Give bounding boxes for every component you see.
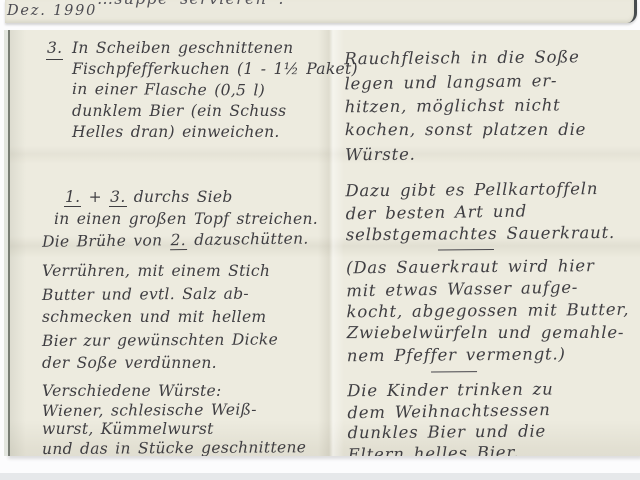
handwritten-line: schmecken und mit hellem: [42, 306, 338, 329]
plus-sign: +: [89, 188, 102, 206]
step-ref-2: 2.: [169, 231, 187, 250]
separator-dash: [431, 371, 477, 372]
handwritten-line: legen und langsam er-: [344, 68, 640, 97]
handwritten-line: Bier zur gewünschten Dicke: [42, 327, 338, 352]
handwritten-line: Rauchfleisch in die Soße: [344, 45, 640, 72]
handwritten-line: Die Brühe von 2. dazuschütten.: [42, 228, 338, 253]
date-label: Dez. 1990: [7, 3, 97, 19]
handwritten-line: Verschiedene Würste:: [42, 382, 338, 401]
line-head: Die Brühe von: [42, 231, 163, 250]
paragraph-smoked-meat: Rauchfleisch in die Soße legen und langs…: [344, 45, 640, 168]
paragraph-drinks: Die Kinder trinken zu dem Weihnachtsesse…: [347, 378, 640, 456]
handwritten-line: selbstgemachtes Sauerkraut.: [346, 222, 640, 247]
paragraph-sausages: Verschiedene Würste: Wiener, schlesische…: [42, 382, 338, 457]
handwritten-line: In Scheiben geschnittenen: [72, 38, 338, 59]
handwritten-line: Zwiebelwürfeln und gemahle-: [347, 322, 640, 344]
step-number-3: 3.: [46, 38, 63, 60]
handwritten-line: der Soße verdünnen.: [42, 352, 338, 375]
handwritten-line: Fischpfefferkuchen (1 - 1½ Paket): [72, 59, 338, 80]
handwritten-line: Butter und evtl. Salz ab-: [42, 281, 338, 306]
scanned-note-view: …suppe servieren . Dez. 1990 3. In Schei…: [0, 0, 640, 480]
scanner-bed-strip: [0, 473, 640, 480]
separator-dash: [438, 249, 494, 250]
line-tail: dazuschütten.: [194, 230, 309, 249]
handwritten-line: kochen, sonst platzen die: [345, 118, 640, 142]
handwritten-line: in einer Flasche (0,5 l): [72, 79, 338, 102]
handwritten-line: hitzen, möglichst nicht: [345, 93, 640, 120]
paragraph-sides: Dazu gibt es Pellkartoffeln der besten A…: [345, 178, 640, 247]
line-tail: durchs Sieb: [134, 188, 233, 206]
handwritten-line: in einen großen Topf streichen.: [54, 209, 338, 231]
paragraph-sieve: 1. + 3. durchs Sieb in einen großen Topf…: [42, 187, 338, 252]
handwritten-line: mit etwas Wasser aufge-: [346, 276, 640, 303]
paragraph-step-3: 3. In Scheiben geschnittenen Fischpfeffe…: [42, 38, 338, 143]
right-column: Rauchfleisch in die Soße legen und langs…: [344, 45, 640, 456]
handwritten-line: Wiener, schlesische Weiß-: [42, 399, 338, 420]
handwritten-line: Verrühren, mit einem Stich: [42, 260, 338, 283]
handwritten-line: der besten Art und: [345, 199, 640, 226]
handwritten-line: Helles dran) einweichen.: [72, 122, 338, 143]
handwritten-line: nem Pfeffer vermengt.): [347, 343, 640, 368]
handwritten-line: dunklem Bier (ein Schuss: [72, 101, 338, 122]
clipped-handwriting-line: …suppe servieren .: [97, 0, 285, 8]
handwritten-line: kocht, abgegossen mit Butter,: [346, 299, 640, 324]
previous-page-bottom-strip: …suppe servieren . Dez. 1990: [5, 0, 637, 23]
handwritten-line: und das in Stücke geschnittene: [42, 437, 338, 456]
paragraph-stir: Verrühren, mit einem Stich Butter und ev…: [42, 260, 338, 375]
step-ref-3: 3.: [109, 188, 126, 207]
left-column: 3. In Scheiben geschnittenen Fischpfeffe…: [42, 38, 338, 456]
handwritten-line: 1. + 3. durchs Sieb: [64, 187, 338, 209]
paragraph-sauerkraut-note: (Das Sauerkraut wird hier mit etwas Wass…: [346, 255, 640, 368]
handwritten-line: wurst, Kümmelwurst: [42, 420, 338, 439]
handwritten-line: Würste.: [345, 141, 640, 168]
recipe-page: 3. In Scheiben geschnittenen Fischpfeffe…: [8, 30, 640, 456]
step-ref-1: 1.: [64, 188, 81, 207]
